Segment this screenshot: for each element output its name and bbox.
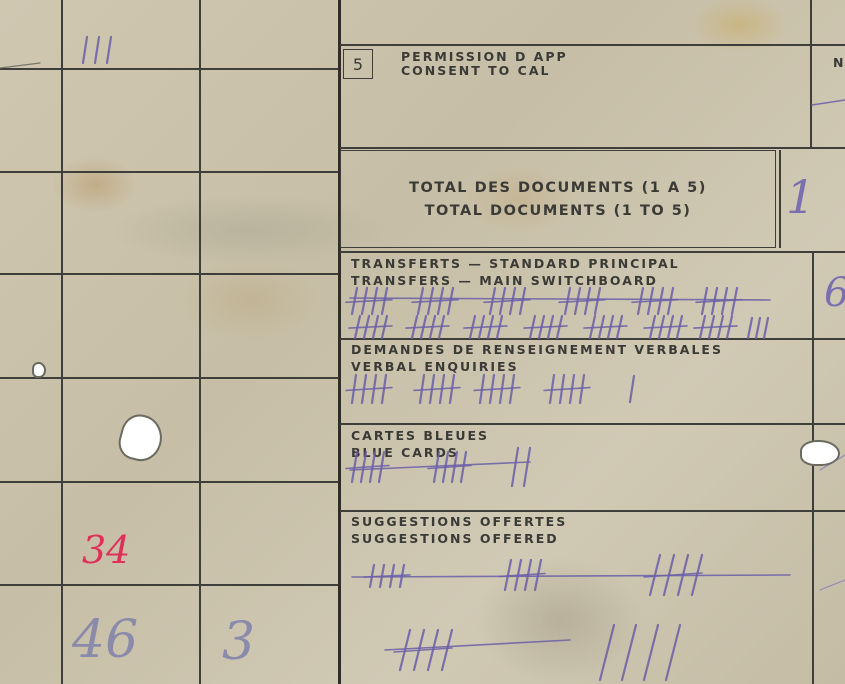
paper-hole — [800, 440, 840, 466]
pencil-tally-marks — [0, 0, 845, 684]
right-edge-number: 6 — [824, 270, 845, 316]
right-edge-label: N — [833, 55, 845, 71]
red-handwritten-number: 34 — [82, 528, 130, 572]
grey-handwritten-number: 3 — [222, 612, 255, 672]
right-edge-number: 1 — [786, 170, 815, 224]
paper-hole — [32, 362, 46, 378]
grey-handwritten-number: 46 — [72, 610, 138, 670]
